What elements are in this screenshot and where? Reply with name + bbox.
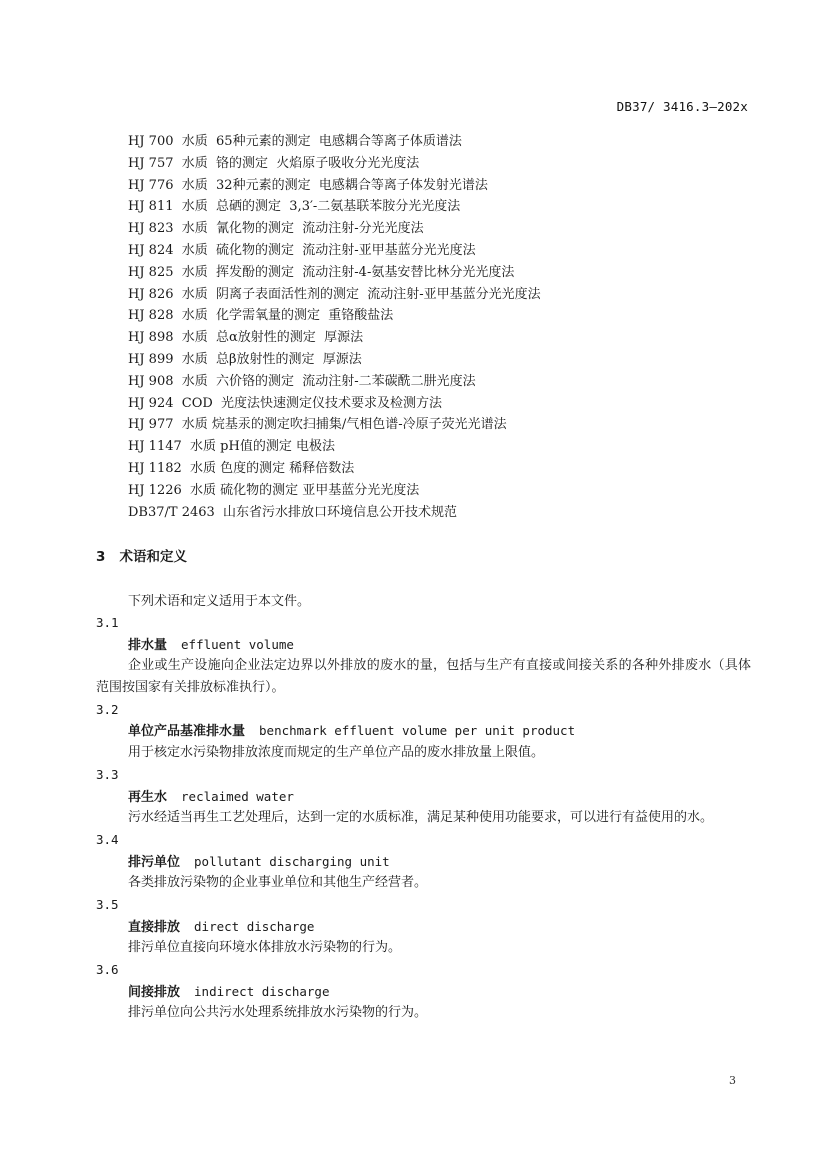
- term-number: 3.1: [96, 612, 751, 634]
- reference-item: HJ 1147 水质 pH值的测定 电极法: [128, 436, 541, 458]
- reference-item: HJ 898 水质 总α放射性的测定 厚源法: [128, 327, 541, 349]
- term-name-en: indirect discharge: [194, 984, 329, 999]
- term-number: 3.3: [96, 764, 751, 786]
- term-definition: 各类排放污染物的企业事业单位和其他生产经营者。: [96, 872, 751, 894]
- reference-item: HJ 899 水质 总β放射性的测定 厚源法: [128, 349, 541, 371]
- term-name-en: benchmark effluent volume per unit produ…: [259, 723, 575, 738]
- term-number: 3.4: [96, 829, 751, 851]
- document-page: DB37/ 3416.3—202x HJ 700 水质 65种元素的测定 电感耦…: [0, 0, 826, 1169]
- term-name-zh: 单位产品基准排水量: [128, 724, 245, 739]
- term-name-en: direct discharge: [194, 919, 314, 934]
- term-name-zh: 间接排放: [128, 985, 180, 1000]
- term-entry: 3.1 排水量effluent volume 企业或生产设施向企业法定边界以外排…: [96, 612, 751, 699]
- term-entry: 3.2 单位产品基准排水量benchmark effluent volume p…: [96, 699, 751, 764]
- reference-item: HJ 811 水质 总硒的测定 3,3′-二氨基联苯胺分光光度法: [128, 196, 541, 218]
- term-definition: 排污单位直接向环境水体排放水污染物的行为。: [96, 937, 751, 959]
- reference-item: HJ 823 水质 氰化物的测定 流动注射-分光光度法: [128, 218, 541, 240]
- term-title: 排水量effluent volume: [96, 634, 751, 656]
- term-definition: 用于核定水污染物排放浓度而规定的生产单位产品的废水排放量上限值。: [96, 742, 751, 764]
- reference-item: HJ 1182 水质 色度的测定 稀释倍数法: [128, 458, 541, 480]
- page-number: 3: [729, 1074, 736, 1087]
- reference-item: HJ 825 水质 挥发酚的测定 流动注射-4-氨基安替比林分光光度法: [128, 262, 541, 284]
- section-number: 3: [96, 549, 105, 565]
- reference-item: HJ 977 水质 烷基汞的测定吹扫捕集/气相色谱-冷原子荧光光谱法: [128, 414, 541, 436]
- reference-item: HJ 776 水质 32种元素的测定 电感耦合等离子体发射光谱法: [128, 175, 541, 197]
- reference-item: HJ 924 COD 光度法快速测定仪技术要求及检测方法: [128, 393, 541, 415]
- reference-item: HJ 824 水质 硫化物的测定 流动注射-亚甲基蓝分光光度法: [128, 240, 541, 262]
- term-name-en: effluent volume: [181, 637, 294, 652]
- section-title: 术语和定义: [120, 549, 188, 565]
- reference-item: DB37/T 2463 山东省污水排放口环境信息公开技术规范: [128, 502, 541, 524]
- term-name-en: reclaimed water: [181, 789, 294, 804]
- term-name-zh: 再生水: [128, 790, 167, 805]
- term-title: 单位产品基准排水量benchmark effluent volume per u…: [96, 720, 751, 742]
- reference-item: HJ 1226 水质 硫化物的测定 亚甲基蓝分光光度法: [128, 480, 541, 502]
- document-code: DB37/ 3416.3—202x: [617, 99, 748, 114]
- section-intro: 下列术语和定义适用于本文件。: [128, 591, 310, 613]
- term-title: 排污单位pollutant discharging unit: [96, 851, 751, 873]
- term-entry: 3.5 直接排放direct discharge 排污单位直接向环境水体排放水污…: [96, 894, 751, 959]
- term-name-zh: 排污单位: [128, 855, 180, 870]
- reference-item: HJ 757 水质 铬的测定 火焰原子吸收分光光度法: [128, 153, 541, 175]
- terms-list: 3.1 排水量effluent volume 企业或生产设施向企业法定边界以外排…: [96, 612, 751, 1024]
- term-definition: 排污单位向公共污水处理系统排放水污染物的行为。: [96, 1002, 751, 1024]
- term-title: 直接排放direct discharge: [96, 916, 751, 938]
- reference-item: HJ 828 水质 化学需氧量的测定 重铬酸盐法: [128, 305, 541, 327]
- term-entry: 3.3 再生水reclaimed water 污水经适当再生工艺处理后，达到一定…: [96, 764, 751, 829]
- term-entry: 3.6 间接排放indirect discharge 排污单位向公共污水处理系统…: [96, 959, 751, 1024]
- term-number: 3.2: [96, 699, 751, 721]
- reference-item: HJ 826 水质 阴离子表面活性剂的测定 流动注射-亚甲基蓝分光光度法: [128, 284, 541, 306]
- term-title: 间接排放indirect discharge: [96, 981, 751, 1003]
- term-title: 再生水reclaimed water: [96, 786, 751, 808]
- term-entry: 3.4 排污单位pollutant discharging unit 各类排放污…: [96, 829, 751, 894]
- section-heading: 3 术语和定义: [96, 545, 187, 565]
- term-name-en: pollutant discharging unit: [194, 854, 390, 869]
- term-definition: 企业或生产设施向企业法定边界以外排放的废水的量，包括与生产有直接或间接关系的各种…: [96, 655, 751, 698]
- reference-item: HJ 700 水质 65种元素的测定 电感耦合等离子体质谱法: [128, 131, 541, 153]
- normative-references-list: HJ 700 水质 65种元素的测定 电感耦合等离子体质谱法 HJ 757 水质…: [128, 131, 541, 523]
- term-number: 3.6: [96, 959, 751, 981]
- term-name-zh: 直接排放: [128, 920, 180, 935]
- term-definition: 污水经适当再生工艺处理后，达到一定的水质标准，满足某种使用功能要求，可以进行有益…: [96, 807, 751, 829]
- term-name-zh: 排水量: [128, 638, 167, 653]
- reference-item: HJ 908 水质 六价铬的测定 流动注射-二苯碳酰二肼光度法: [128, 371, 541, 393]
- term-number: 3.5: [96, 894, 751, 916]
